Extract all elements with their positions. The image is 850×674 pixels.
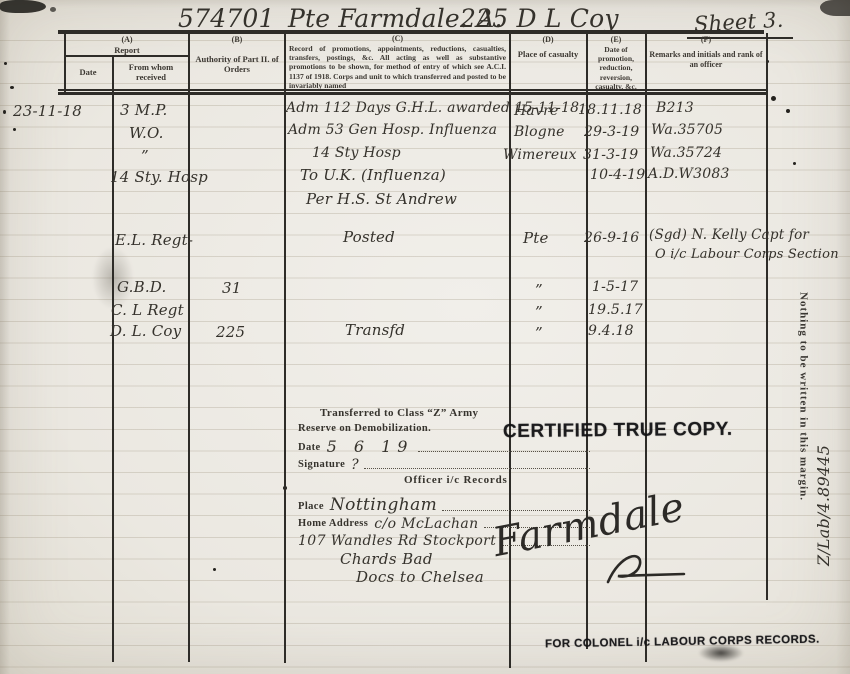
noise-speck — [50, 7, 56, 12]
noise-speck — [786, 109, 790, 113]
noise-speck — [213, 568, 216, 571]
entry-place: Wimereux — [503, 147, 577, 163]
col-a-from-header: From whom received — [114, 62, 188, 83]
entry-edate: 26-9-16 — [584, 230, 639, 246]
entry-date: 23-11-18 — [13, 102, 82, 120]
entry-authority: 225 — [216, 323, 245, 341]
certified-true-copy-stamp: CERTIFIED TRUE COPY. — [503, 419, 733, 443]
entry-from: 3 M.P. — [120, 101, 167, 119]
officer-records-label: Officer i/c Records — [404, 474, 592, 487]
demob-date-label: Date — [298, 442, 321, 454]
demob-place-label: Place — [298, 501, 324, 513]
margin-reference: Z/Lab/4.89445 — [814, 366, 833, 566]
noise-speck — [0, 0, 46, 13]
demob-note2: Docs to Chelsea — [356, 569, 592, 584]
demob-address2-value: 107 Wandles Rd Stockport — [298, 533, 496, 549]
entry-record: Posted — [343, 228, 395, 246]
entry-place: Blogne — [514, 124, 565, 140]
column-line — [112, 55, 114, 662]
demob-date-value: 5 6 19 — [327, 438, 414, 456]
noise-speck — [771, 96, 776, 101]
entry-from: 14 Sty. Hosp — [110, 168, 208, 186]
demob-line1: Transferred to Class “Z” Army — [320, 407, 592, 420]
demob-signature-label: Signature — [298, 459, 345, 471]
entry-from: G.B.D. — [117, 278, 166, 296]
entry-place: ” — [535, 324, 543, 342]
entry-remarks: B213 — [656, 100, 694, 116]
col-f-header: (F) Remarks and initials and rank of an … — [649, 35, 763, 69]
entry-record: Per H.S. St Andrew — [306, 190, 457, 208]
entry-from: W.O. — [129, 124, 164, 142]
entry-edate: 19.5.17 — [588, 302, 643, 318]
noise-speck — [820, 0, 850, 16]
col-b-tag: (B) — [190, 35, 284, 45]
margin-notice: Nothing to be written in this margin. — [796, 268, 809, 526]
entry-from: C. L Regt — [111, 301, 184, 319]
entry-place: ” — [535, 303, 543, 321]
col-a-header: (A) Report — [64, 35, 190, 55]
col-a-date-header: Date — [64, 67, 112, 77]
entry-place: Pte — [523, 229, 549, 247]
noise-speck — [3, 110, 6, 114]
column-line — [766, 33, 768, 600]
signature-flourish — [602, 548, 692, 592]
entry-record: Transfd — [345, 321, 405, 339]
col-e-title: Date of promotion, reduction, reversion,… — [595, 45, 637, 91]
column-line — [188, 33, 190, 662]
entry-edate: 9.4.18 — [588, 323, 634, 339]
entry-authority: 31 — [222, 279, 242, 297]
noise-speck — [13, 128, 16, 131]
demob-address-label: Home Address — [298, 518, 368, 530]
header-bottom-rule — [58, 92, 768, 95]
col-c-tag: (C) — [289, 34, 506, 44]
signature-squiggle: ? — [351, 457, 359, 473]
entry-remarks: (Sgd) N. Kelly Capt for — [649, 227, 809, 243]
entry-place: Havre — [514, 103, 558, 119]
col-a-title: Report — [114, 45, 140, 55]
col-a-tag: (A) — [64, 35, 190, 45]
entry-edate: 1-5-17 — [592, 279, 638, 295]
col-e-header: (E) Date of promotion, reduction, revers… — [588, 35, 644, 91]
entry-record: 14 Sty Hosp — [312, 145, 401, 161]
column-line — [284, 33, 286, 663]
demob-signature-row: Signature ? — [298, 457, 592, 471]
document-page: 574701 Pte Farmdale. A. 225 D L Coy Shee… — [0, 0, 850, 674]
noise-speck — [793, 162, 796, 165]
col-f-title: Remarks and initials and rank of an offi… — [649, 50, 763, 70]
entry-from: E.L. Regt- — [115, 231, 193, 249]
entry-remarks: A.D.W3083 — [648, 166, 730, 182]
report-divider — [64, 55, 190, 57]
col-e-tag: (E) — [588, 35, 644, 45]
demob-place-value: Nottingham — [330, 496, 437, 516]
entry-remarks-line2: O i/c Labour Corps Section — [655, 247, 839, 262]
col-f-tag: (F) — [649, 35, 763, 45]
noise-speck — [10, 86, 14, 89]
unit-label: 225 D L Coy — [460, 4, 619, 33]
entry-edate: 29-3-19 — [584, 124, 639, 140]
entry-edate: 31-3-19 — [583, 147, 638, 163]
col-d-header: (D) Place of casualty — [511, 35, 585, 59]
service-number: 574701 — [178, 4, 275, 33]
col-b-title: Authority of Part II. of Orders — [190, 54, 284, 75]
entry-remarks: Wa.35705 — [651, 122, 723, 138]
demob-address-value: c/o McLachan — [374, 516, 478, 532]
entry-place: ” — [535, 281, 543, 299]
dotted-leader — [418, 451, 590, 452]
col-b-header: (B) Authority of Part II. of Orders — [190, 35, 284, 74]
entry-edate: 18.11.18 — [578, 102, 642, 118]
entry-edate: 10-4-19 — [590, 167, 645, 183]
col-c-header: (C) Record of promotions, appointments, … — [289, 34, 506, 90]
entry-record: To U.K. (Influenza) — [300, 166, 446, 184]
entry-remarks: Wa.35724 — [650, 145, 722, 161]
entry-from: D. L. Coy — [110, 322, 181, 340]
entry-from: ” — [141, 147, 149, 165]
col-d-tag: (D) — [511, 35, 585, 45]
dotted-leader — [364, 468, 590, 469]
noise-speck — [4, 62, 7, 65]
col-d-title: Place of casualty — [511, 49, 585, 59]
col-c-title: Record of promotions, appointments, redu… — [289, 44, 506, 90]
entry-record: Adm 53 Gen Hosp. Influenza — [288, 122, 497, 138]
